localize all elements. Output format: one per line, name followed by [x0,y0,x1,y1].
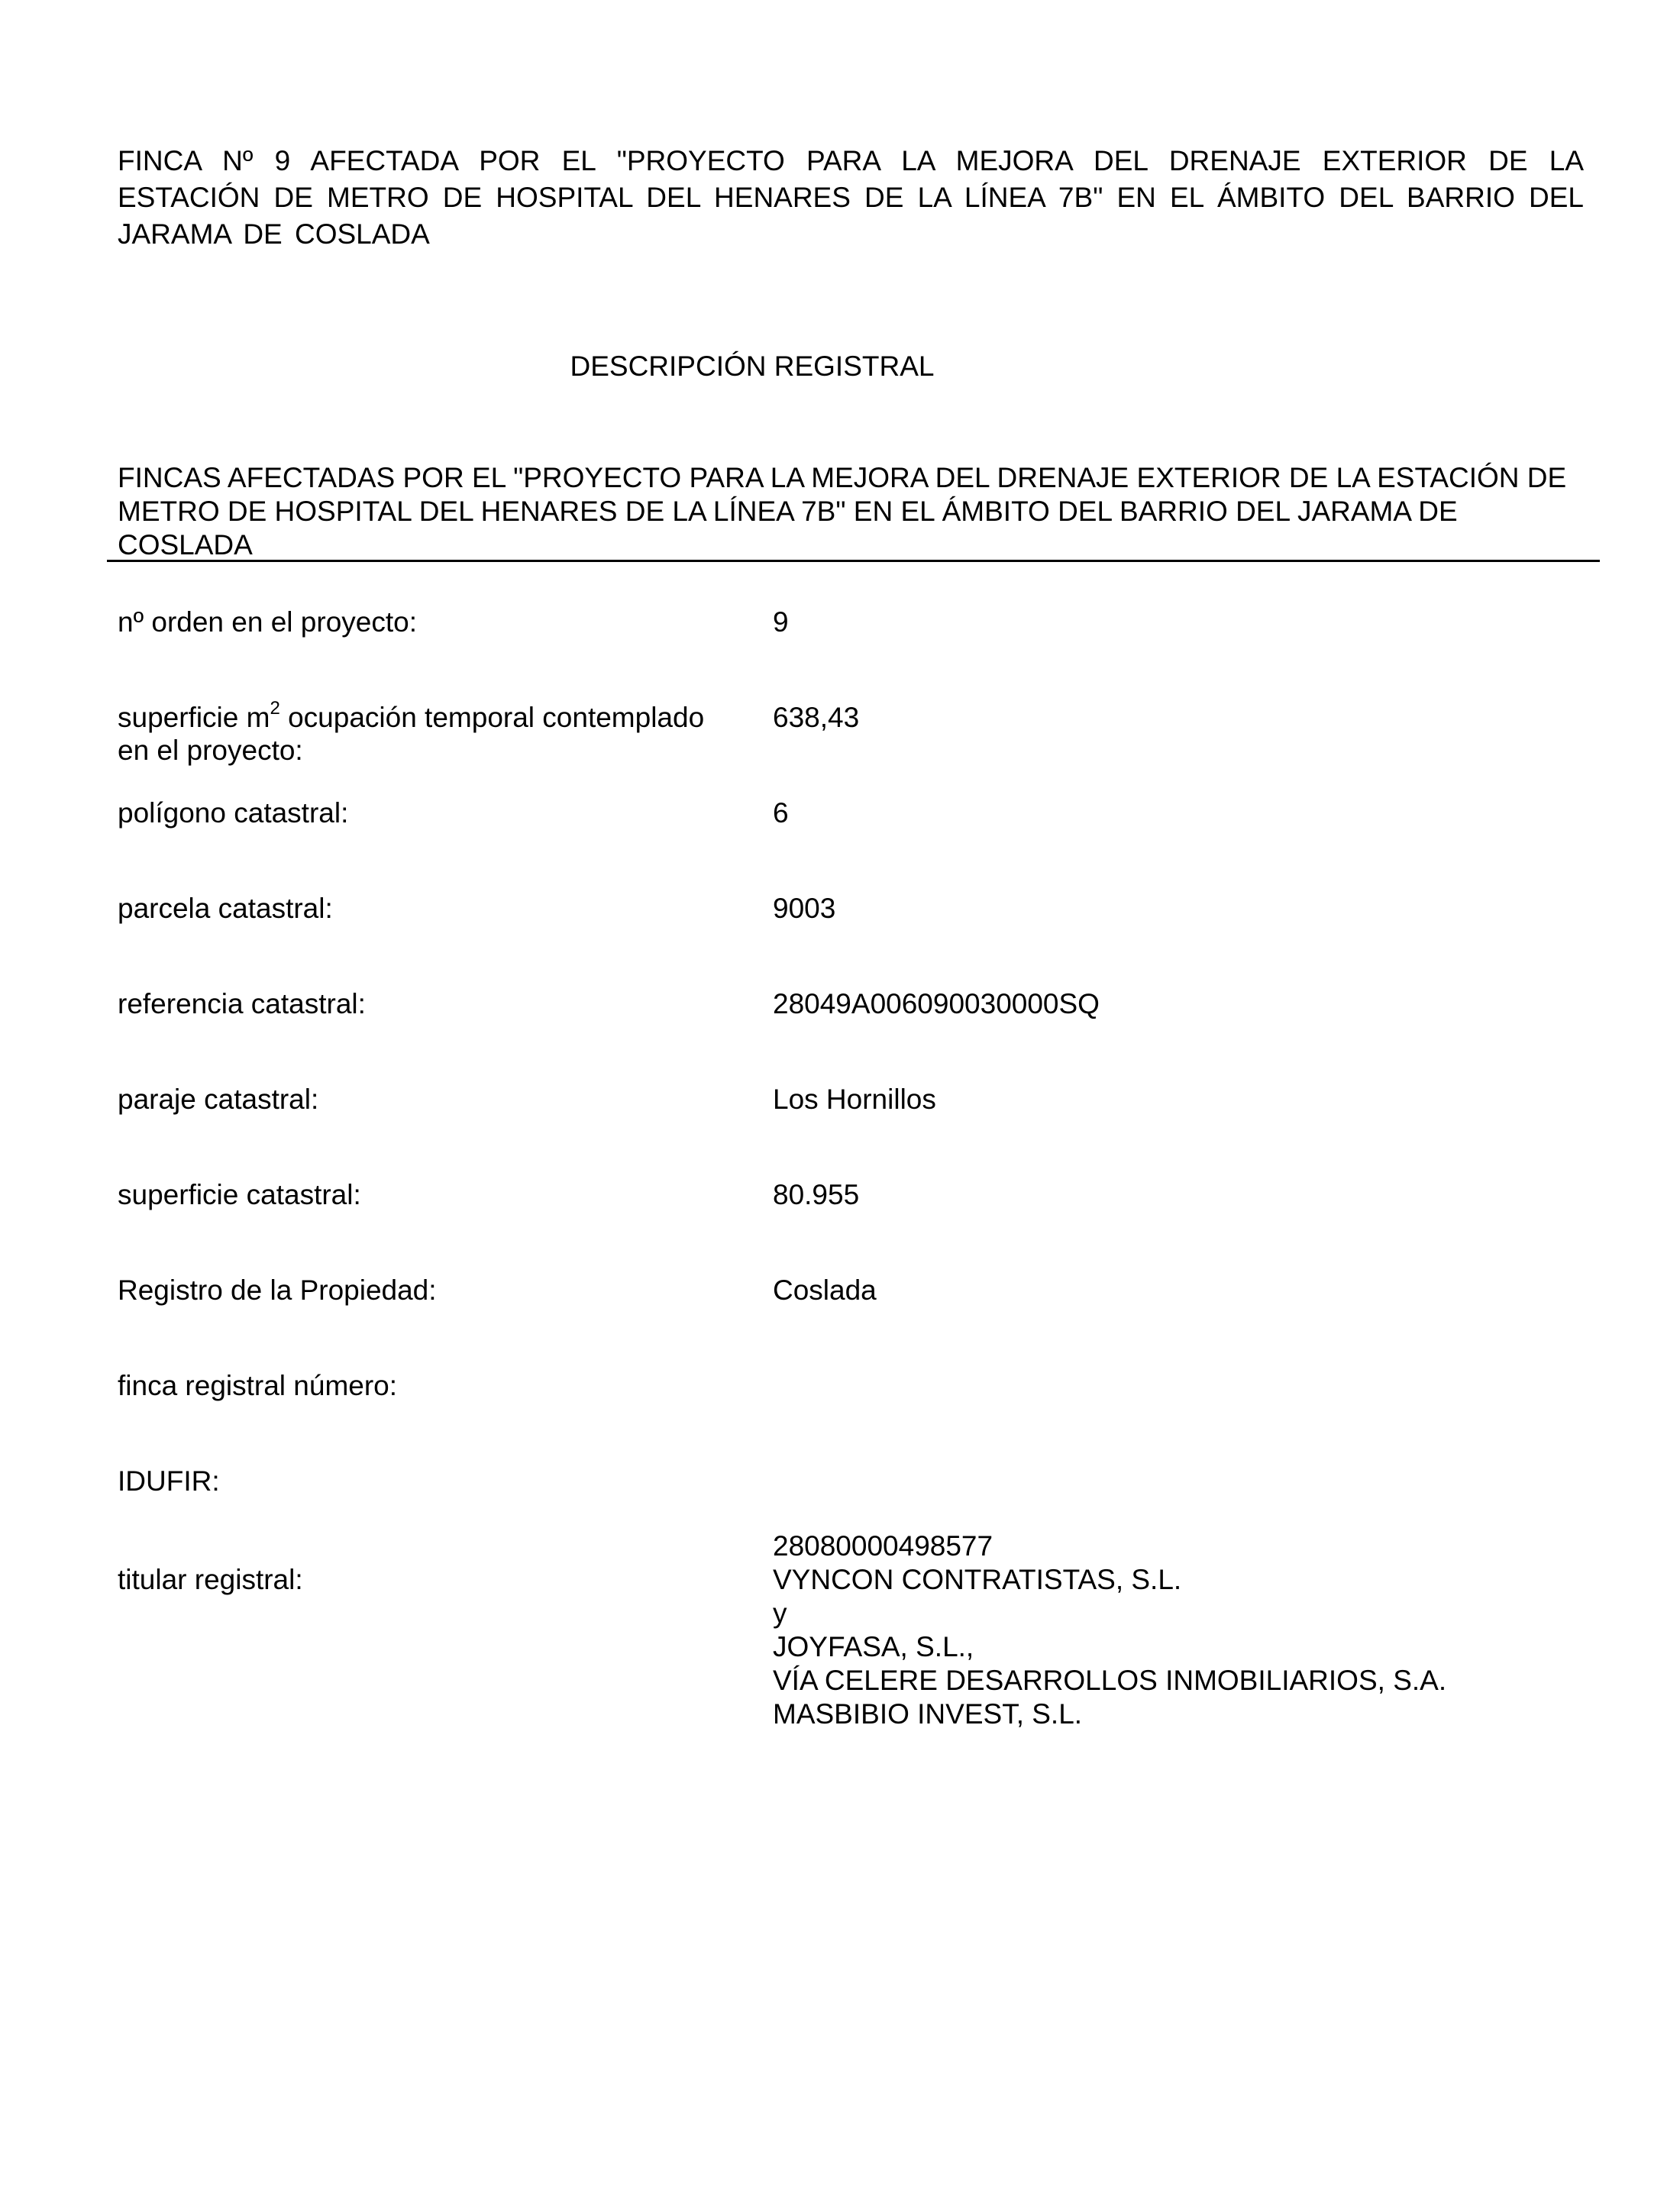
titular-line: VYNCON CONTRATISTAS, S.L. [773,1563,1582,1597]
table-header: FINCAS AFECTADAS POR EL "PROYECTO PARA L… [118,461,1584,562]
field-label: titular registral: [118,1563,729,1596]
titular-line: y [773,1597,1582,1630]
titular-line: MASBIBIO INVEST, S.L. [773,1698,1582,1731]
field-label: Registro de la Propiedad: [118,1274,729,1307]
field-label: superficie m2 ocupación temporal contemp… [118,701,729,767]
superscript: 2 [270,698,279,719]
field-value: 638,43 [773,701,1582,734]
section-title: DESCRIPCIÓN REGISTRAL [0,348,1504,385]
field-label: paraje catastral: [118,1083,729,1116]
label-prefix: superficie m [118,702,270,733]
header-divider [107,560,1600,562]
field-value: 9003 [773,892,1582,925]
document-page: FINCA Nº 9 AFECTADA POR EL "PROYECTO PAR… [0,0,1680,2187]
titular-line: VÍA CELERE DESARROLLOS INMOBILIARIOS, S.… [773,1664,1582,1698]
field-label: parcela catastral: [118,892,729,925]
document-title: FINCA Nº 9 AFECTADA POR EL "PROYECTO PAR… [118,143,1584,253]
field-label: polígono catastral: [118,796,729,829]
titular-line: 28080000498577 [773,1530,1582,1563]
field-value: Los Hornillos [773,1083,1582,1116]
titular-list: 28080000498577 VYNCON CONTRATISTAS, S.L.… [773,1530,1582,1731]
field-value: Coslada [773,1274,1582,1307]
field-value: 9 [773,606,1582,638]
field-value: 28049A006090030000SQ [773,987,1582,1020]
field-label: referencia catastral: [118,987,729,1020]
field-label: IDUFIR: [118,1465,729,1497]
titular-line: JOYFASA, S.L., [773,1630,1582,1664]
field-label: nº orden en el proyecto: [118,606,729,638]
field-value: 6 [773,796,1582,829]
field-label: superficie catastral: [118,1178,729,1211]
field-value: 80.955 [773,1178,1582,1211]
field-label: finca registral número: [118,1369,729,1402]
